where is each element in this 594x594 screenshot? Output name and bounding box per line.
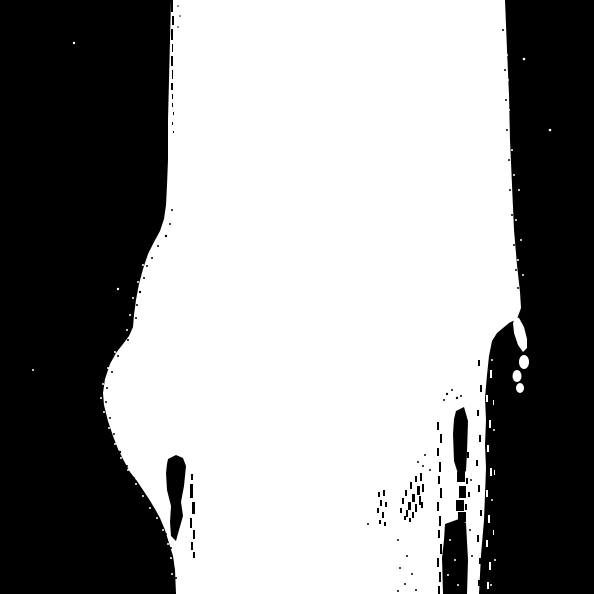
binary-photo-canvas (0, 0, 594, 594)
binary-image-stage (0, 0, 594, 594)
